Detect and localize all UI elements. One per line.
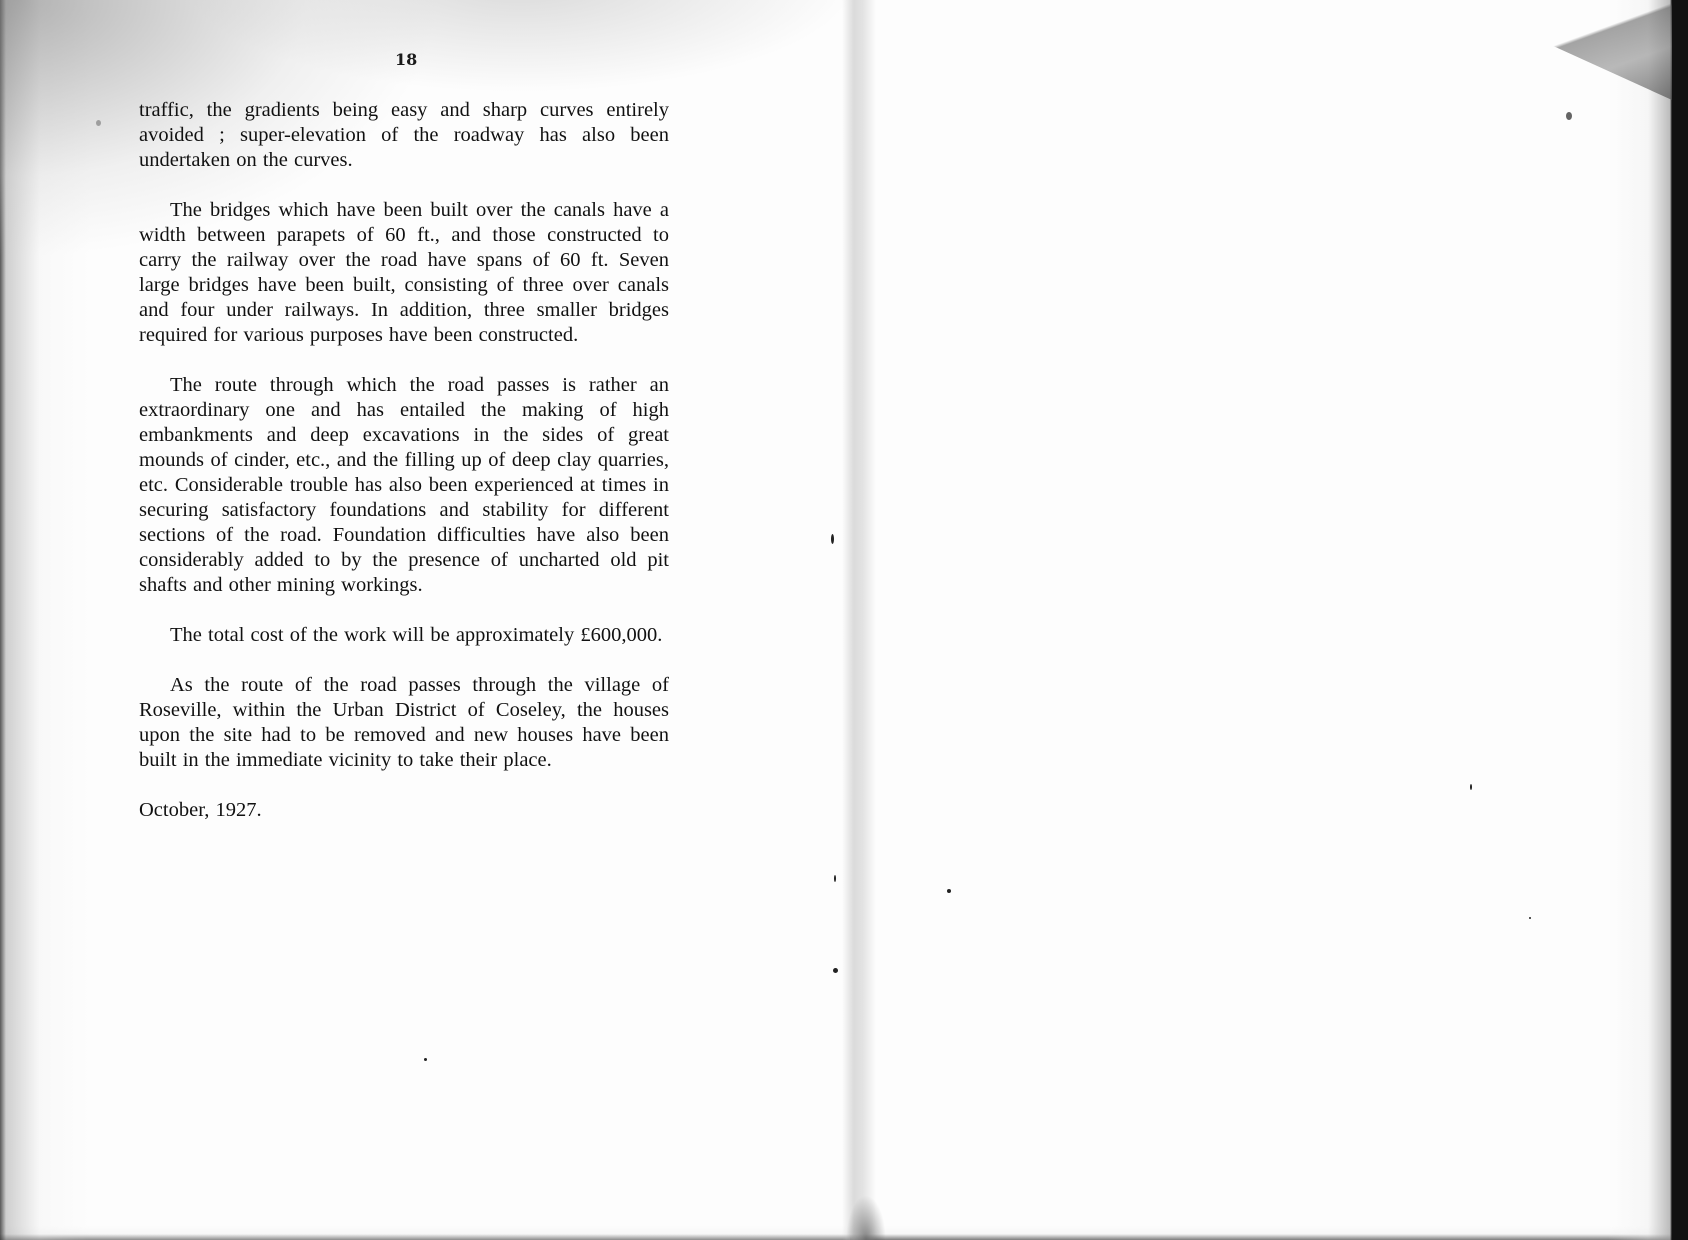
page-number: 18 — [395, 50, 417, 69]
paragraph-1: traffic, the gradients being easy and sh… — [139, 98, 669, 173]
paragraph-2: The bridges which have been built over t… — [139, 198, 669, 348]
scan-speck — [424, 1058, 427, 1061]
paragraph-4: The total cost of the work will be appro… — [139, 623, 669, 648]
scan-speck — [1529, 917, 1531, 919]
paragraph-5: As the route of the road passes through … — [139, 673, 669, 773]
spine-foot-shadow — [846, 1195, 886, 1240]
scan-speck — [831, 534, 834, 544]
body-text: traffic, the gradients being easy and sh… — [139, 98, 669, 823]
paragraph-3: The route through which the road passes … — [139, 373, 669, 598]
scan-speck — [1470, 784, 1472, 790]
scan-speck — [96, 120, 101, 126]
right-page-blank — [850, 0, 1688, 1240]
scan-speck — [1566, 112, 1572, 120]
scan-speck — [947, 889, 951, 893]
book-spine-shadow — [842, 0, 876, 1240]
scan-speck — [833, 968, 838, 973]
book-spread: 18 traffic, the gradients being easy and… — [0, 0, 1688, 1240]
dateline: October, 1927. — [139, 798, 669, 823]
scan-speck — [834, 875, 836, 882]
